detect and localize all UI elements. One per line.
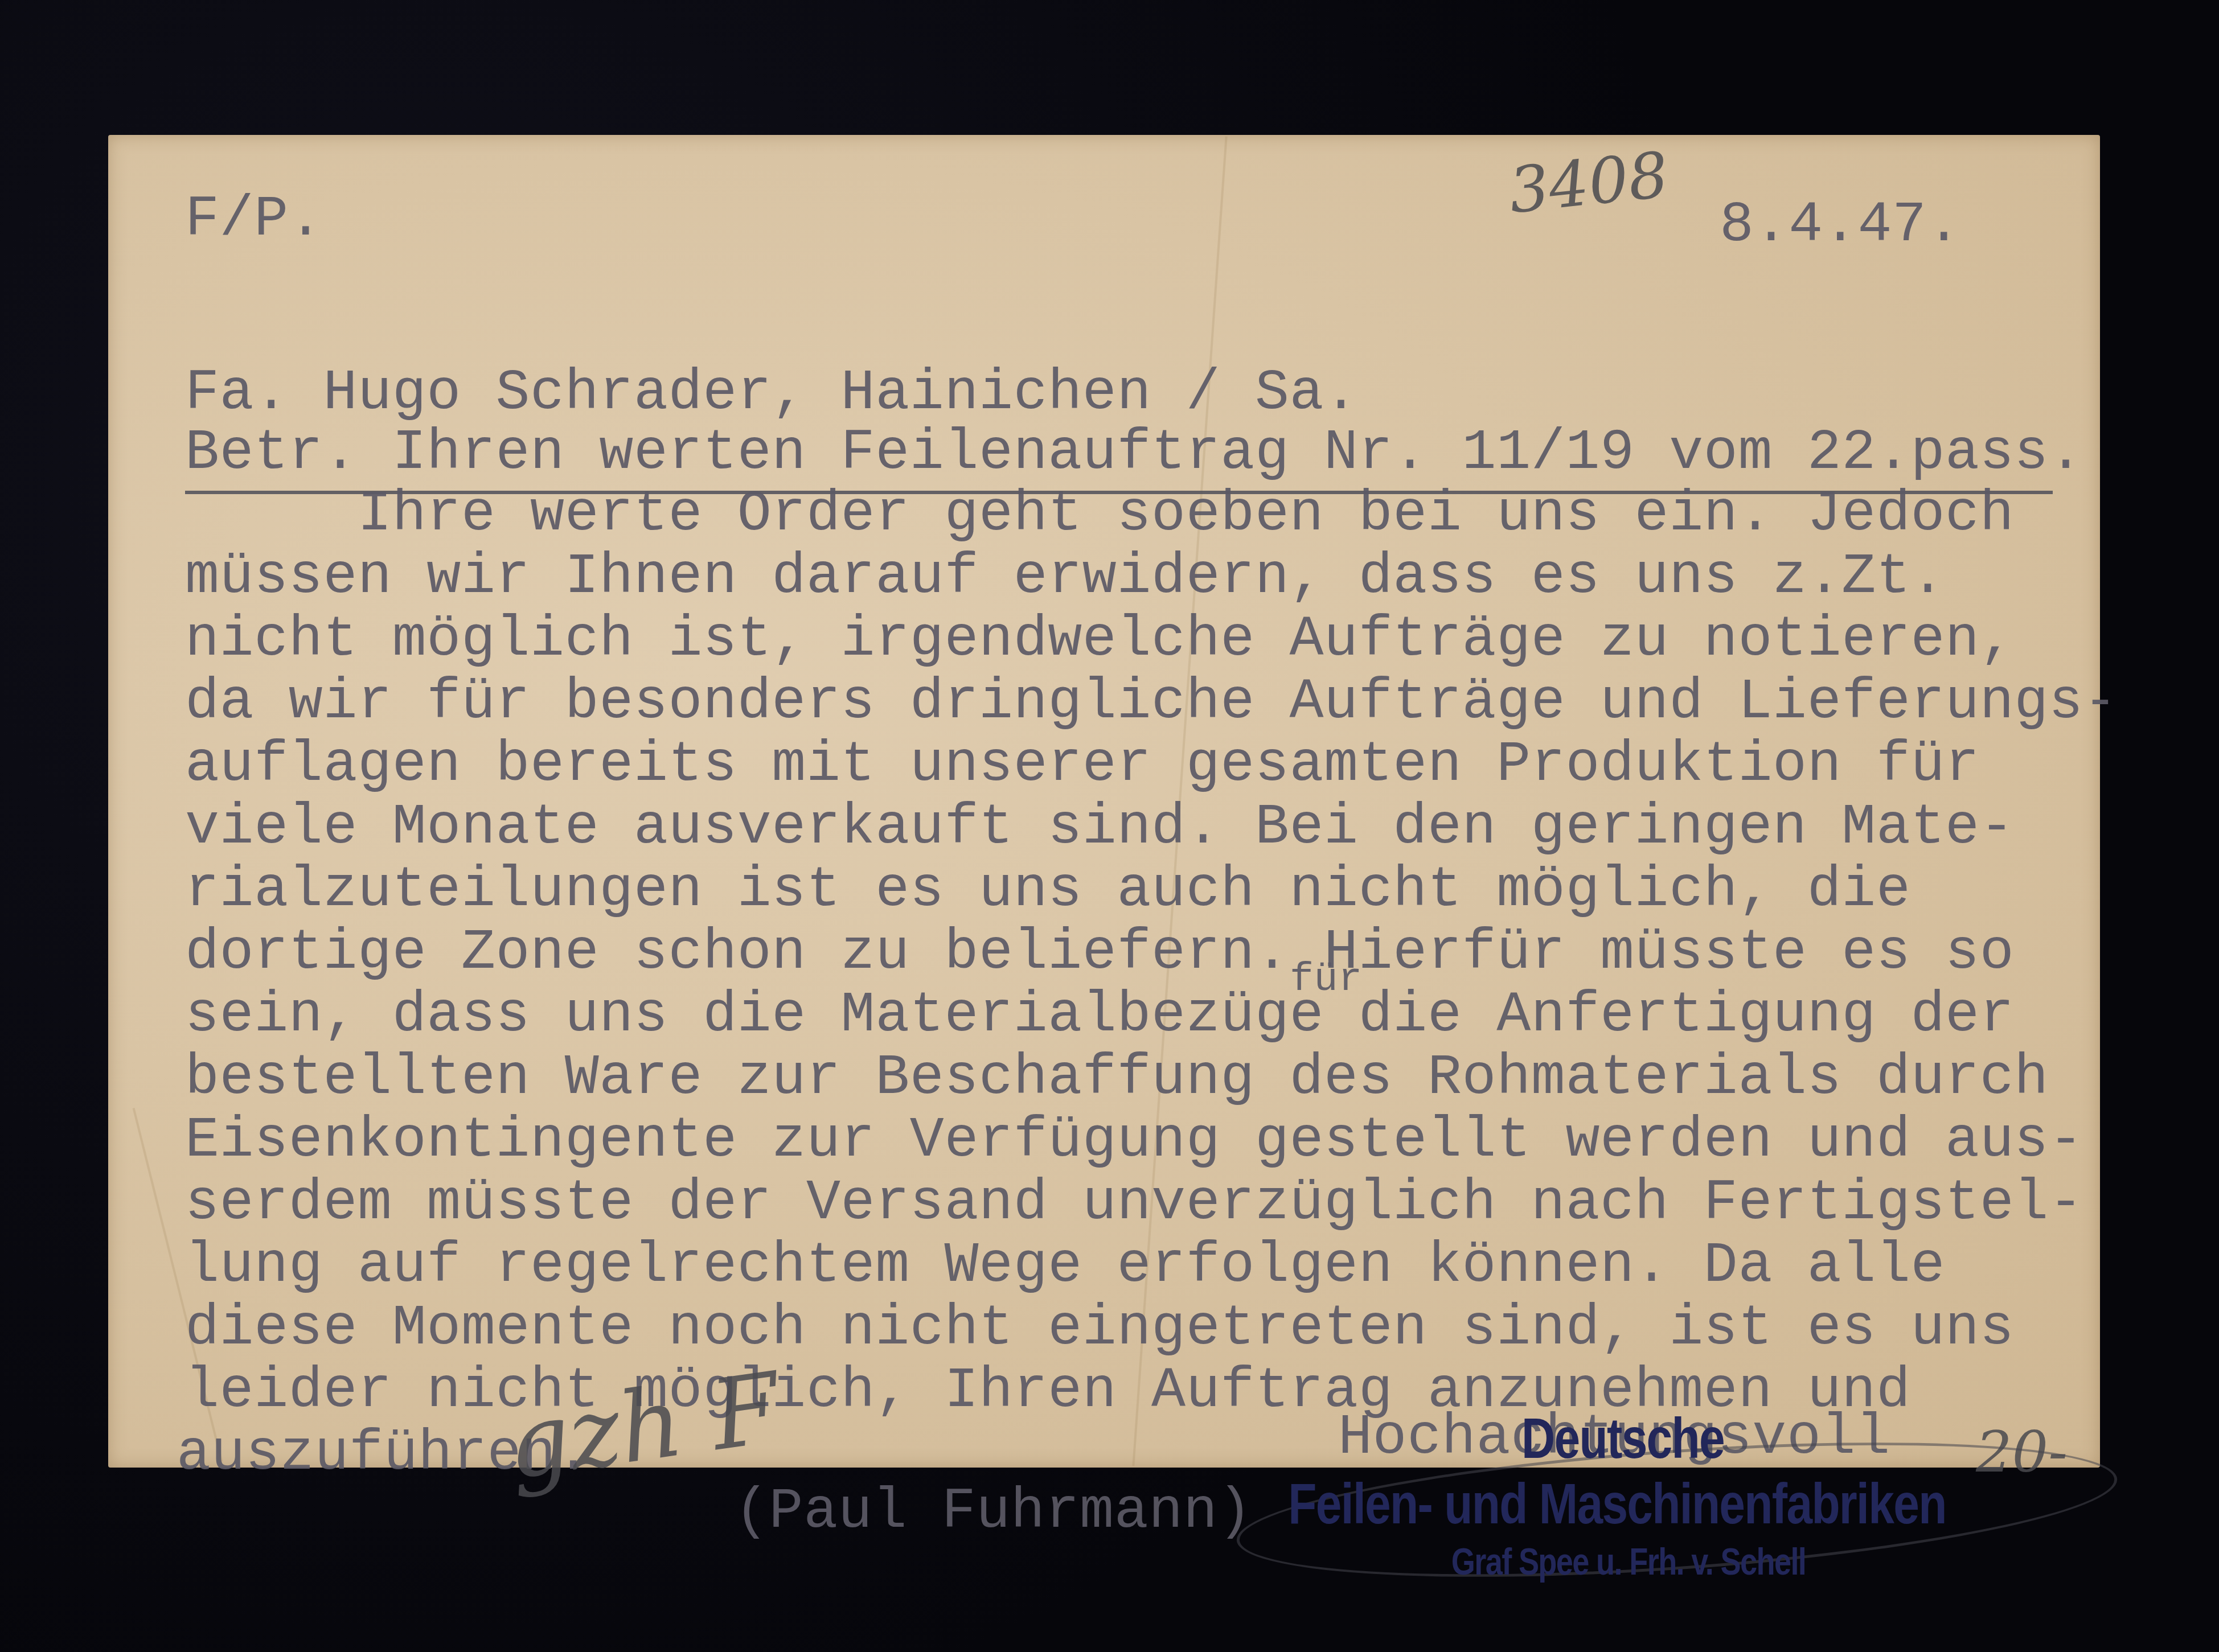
company-stamp-line-1: Deutsche — [1445, 1407, 1800, 1470]
body-line: Ihre werte Order geht soeben bei uns ein… — [185, 487, 2014, 544]
body-line: rialzuteilungen ist es uns auch nicht mö… — [185, 862, 1911, 919]
body-line: dortige Zone schon zu beliefern. Hierfür… — [185, 925, 2014, 982]
body-line: auflagen bereits mit unserer gesamten Pr… — [185, 737, 1980, 794]
body-line: lung auf regelrechtem Wege erfolgen könn… — [185, 1238, 1945, 1295]
body-line: sein, dass uns die Materialbezüge die An… — [185, 988, 2014, 1045]
signatory-name: (Paul Fuhrmann) — [735, 1484, 1252, 1541]
body-line: bestellten Ware zur Beschaffung des Rohm… — [185, 1050, 2049, 1107]
interlinear-insert: für — [1290, 960, 1363, 1000]
reference-code: F/P. — [185, 192, 323, 249]
body-line: Eisenkontingente zur Verfügung gestellt … — [185, 1113, 2083, 1170]
body-line: müssen wir Ihnen darauf erwidern, dass e… — [185, 549, 1945, 606]
letter-date: 8.4.47. — [1720, 198, 1961, 254]
subject-line: Betr. Ihren werten Feilenauftrag Nr. 11/… — [185, 425, 2083, 482]
body-line: viele Monate ausverkauft sind. Bei den g… — [185, 800, 2014, 857]
postcard: F/P. 3408 8.4.47. Fa. Hugo Schrader, Hai… — [108, 135, 2100, 1468]
body-line: serdem müsste der Versand unverzüglich n… — [185, 1176, 2083, 1232]
body-line: da wir für besonders dringliche Aufträge… — [185, 675, 2118, 732]
company-stamp-line-2: Feilen- und Maschinenfabriken — [1248, 1473, 1986, 1535]
archive-number: 3408 — [1506, 138, 1672, 228]
recipient-line: Fa. Hugo Schrader, Hainichen / Sa. — [185, 365, 1359, 422]
body-line: nicht möglich ist, irgendwelche Aufträge… — [185, 612, 2014, 669]
body-line: diese Momente noch nicht eingetreten sin… — [185, 1301, 2014, 1358]
company-stamp-line-3: Graf Spee u. Frh. v. Schell — [1372, 1540, 1885, 1583]
